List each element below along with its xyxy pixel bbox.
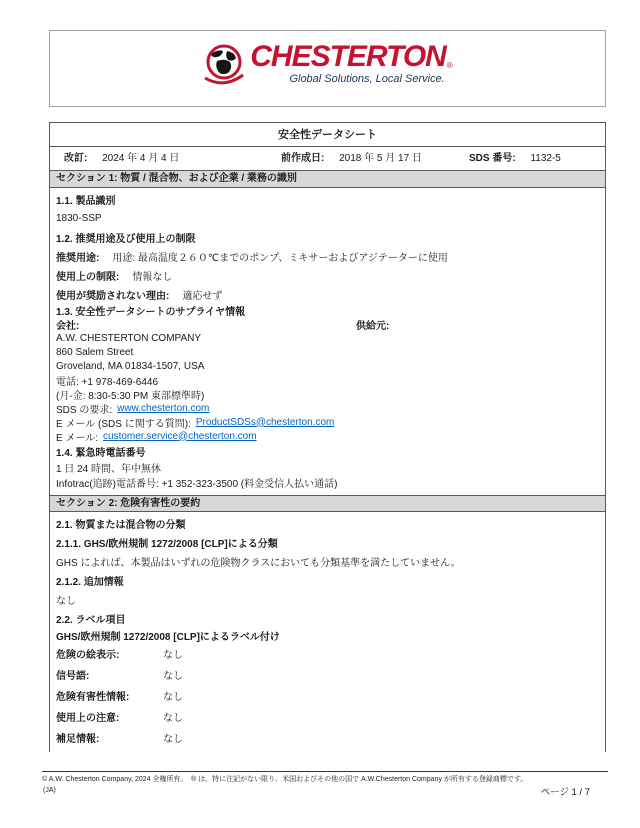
pictograms-label: 危険の絵表示:: [56, 646, 163, 661]
footer-page-number: ページ 1 / 7: [541, 784, 590, 798]
supplier-label: 供給元:: [356, 317, 389, 332]
company-hours: (月-金: 8:30-5:30 PM 東部標準時): [56, 387, 599, 401]
logo-box: CHESTERTON ® Global Solutions, Local Ser…: [49, 30, 606, 107]
section2-header: セクション 2: 危険有害性の要約: [50, 495, 605, 512]
sds-request-link[interactable]: www.chesterton.com: [117, 403, 209, 414]
heading-1-4: 1.4. 緊急時電話番号: [56, 443, 599, 459]
sds-number-value: 1132-5: [530, 153, 560, 164]
footer-language-code: (JA): [43, 787, 56, 794]
label-row-signal-word: 信号語: なし: [56, 664, 599, 685]
heading-2-1-2: 2.1.2. 追加情報: [56, 571, 599, 590]
company-supplier-row: 会社: 供給元:: [56, 318, 599, 331]
precautionary-value: なし: [163, 709, 183, 724]
signal-word-label: 信号語:: [56, 667, 163, 682]
email-questions-link[interactable]: ProductSDSs@chesterton.com: [196, 417, 335, 428]
heading-2-2: 2.2. ラベル項目: [56, 609, 599, 628]
brand-tagline: Global Solutions, Local Service.: [289, 73, 452, 85]
supplemental-label: 補足情報:: [56, 730, 163, 745]
email-service-row: E メール: customer.service@chesterton.com: [56, 429, 599, 443]
email-questions-row: E メール (SDS に関する質問): ProductSDSs@chestert…: [56, 415, 599, 429]
emergency-phone: Infotrac(追跡)電話番号: +1 352-323-3500 (料金受信人…: [56, 475, 599, 489]
additional-info-value: なし: [56, 590, 599, 609]
label-row-pictograms: 危険の絵表示: なし: [56, 643, 599, 664]
company-address-line1: 860 Salem Street: [56, 345, 599, 359]
label-row-supplemental: 補足情報: なし: [56, 727, 599, 748]
company-address-line2: Groveland, MA 01834-1507, USA: [56, 359, 599, 373]
registered-mark: ®: [447, 61, 453, 70]
sds-document: 安全性データシート 改訂: 2024 年 4 月 4 日 前作成日: 2018 …: [49, 122, 606, 752]
heading-2-1-1: 2.1.1. GHS/欧州規制 1272/2008 [CLP]による分類: [56, 533, 599, 552]
section2-body: 2.1. 物質または混合物の分類 2.1.1. GHS/欧州規制 1272/20…: [50, 512, 605, 752]
company-phone: 電話: +1 978-469-6446: [56, 373, 599, 387]
chesterton-logo: CHESTERTON ® Global Solutions, Local Ser…: [202, 41, 453, 96]
sds-request-row: SDS の要求: www.chesterton.com: [56, 401, 599, 415]
company-name: A.W. CHESTERTON COMPANY: [56, 331, 599, 345]
hazard-statements-label: 危険有害性情報:: [56, 688, 163, 703]
revision-date-label: 改訂:: [64, 153, 87, 164]
recommended-use-label: 推奨用途:: [56, 249, 99, 264]
use-restrictions-value: 情報なし: [132, 268, 172, 283]
sds-number: SDS 番号: 1132-5: [469, 147, 561, 171]
footer-divider: [42, 771, 608, 772]
heading-2-1: 2.1. 物質または混合物の分類: [56, 514, 599, 533]
precautionary-label: 使用上の注意:: [56, 709, 163, 724]
recommended-use-row: 推奨用途: 用途: 最高温度２６０℃までのポンプ、ミキサーおよびアジテーターに使…: [56, 247, 599, 266]
email-questions-label: E メール (SDS に関する質問):: [56, 415, 191, 430]
label-row-hazard-statements: 危険有害性情報: なし: [56, 685, 599, 706]
section1-header: セクション 1: 物質 / 混合物、および企業 / 業務の識別: [50, 171, 605, 188]
globe-icon: [202, 41, 246, 96]
previous-date-value: 2018 年 5 月 17 日: [339, 153, 422, 164]
not-recommended-label: 使用が奨励されない理由:: [56, 287, 169, 302]
sds-page: CHESTERTON ® Global Solutions, Local Ser…: [0, 0, 640, 828]
supplemental-value: なし: [163, 730, 183, 745]
heading-1-1: 1.1. 製品識別: [56, 190, 599, 209]
sds-number-label: SDS 番号:: [469, 153, 516, 164]
not-recommended-row: 使用が奨励されない理由: 適応せず: [56, 285, 599, 303]
use-restrictions-label: 使用上の制限:: [56, 268, 119, 283]
use-restrictions-row: 使用上の制限: 情報なし: [56, 266, 599, 285]
signal-word-value: なし: [163, 667, 183, 682]
emergency-availability: 1 日 24 時間、年中無休: [56, 459, 599, 475]
recommended-use-value: 用途: 最高温度２６０℃までのポンプ、ミキサーおよびアジテーターに使用: [112, 249, 448, 264]
heading-1-3: 1.3. 安全性データシートのサプライヤ情報: [56, 303, 599, 318]
not-recommended-value: 適応せず: [182, 287, 222, 302]
label-row-precautionary: 使用上の注意: なし: [56, 706, 599, 727]
previous-date-label: 前作成日:: [281, 153, 324, 164]
company-label: 会社:: [56, 317, 79, 332]
document-title: 安全性データシート: [50, 123, 605, 147]
pictograms-value: なし: [163, 646, 183, 661]
brand-wordmark: CHESTERTON: [250, 41, 446, 73]
sds-request-label: SDS の要求:: [56, 401, 112, 416]
classification-statement: GHS によれば、本製品はいずれの危険物クラスにおいても分類基準を満たしていませ…: [56, 552, 599, 571]
heading-1-2: 1.2. 推奨用途及び使用上の制限: [56, 228, 599, 247]
labelling-subheading: GHS/欧州規制 1272/2008 [CLP]によるラベル付け: [56, 628, 599, 643]
logo-text: CHESTERTON ® Global Solutions, Local Ser…: [250, 41, 453, 85]
revision-date: 改訂: 2024 年 4 月 4 日: [64, 147, 179, 171]
email-service-link[interactable]: customer.service@chesterton.com: [103, 431, 257, 442]
footer-copyright: © A.W. Chesterton Company, 2024 全権所有。 ® …: [42, 774, 608, 784]
hazard-statements-value: なし: [163, 688, 183, 703]
product-identifier: 1830-SSP: [56, 209, 599, 228]
previous-date: 前作成日: 2018 年 5 月 17 日: [281, 147, 422, 171]
revision-info-row: 改訂: 2024 年 4 月 4 日 前作成日: 2018 年 5 月 17 日…: [50, 147, 605, 171]
revision-date-value: 2024 年 4 月 4 日: [102, 153, 179, 164]
section1-body: 1.1. 製品識別 1830-SSP 1.2. 推奨用途及び使用上の制限 推奨用…: [50, 188, 605, 493]
email-service-label: E メール:: [56, 429, 98, 444]
